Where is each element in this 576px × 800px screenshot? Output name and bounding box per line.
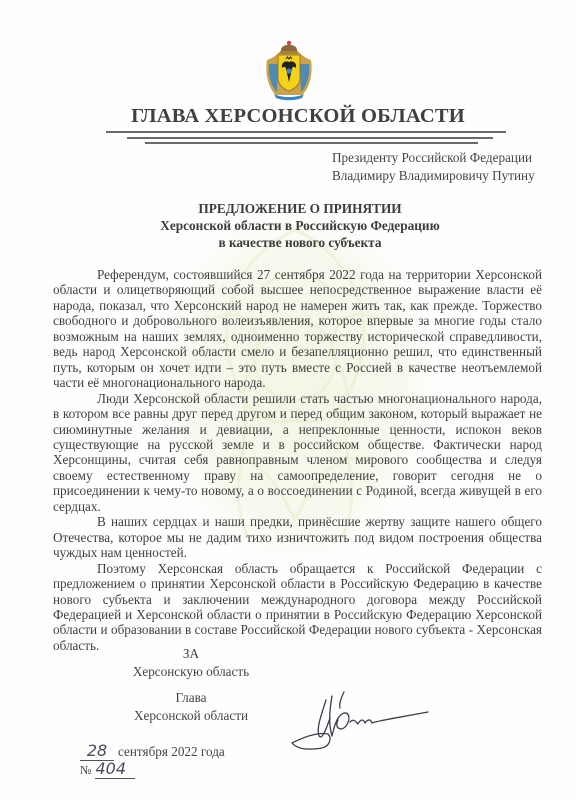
document-body: Референдум, состоявшийся 27 сентября 202… [53,267,542,653]
body-paragraph: В наших сердцах и наши предки, принёсшие… [53,514,542,560]
document-title-line-3: в качестве нового субъекта [0,234,576,251]
document-title: ПРЕДЛОЖЕНИЕ О ПРИНЯТИИ Херсонской област… [0,200,576,251]
header-rule-1 [106,131,506,133]
signatory-position: Глава Херсонской области [130,689,252,725]
handwritten-number: 404 [95,759,135,779]
org-title: ГЛАВА ХЕРСОНСКОЙ ОБЛАСТИ [0,105,576,128]
position-label-1: Глава [130,689,252,707]
document-page: ГЛАВА ХЕРСОНСКОЙ ОБЛАСТИ Президенту Росс… [0,0,576,800]
handwritten-day: 28 [80,741,114,761]
za-block: ЗА Херсонскую область [130,645,252,681]
addressee-block: Президенту Российской Федерации Владимир… [332,149,535,185]
header-rule-3 [145,142,478,144]
body-paragraph: Поэтому Херсонская область обращается к … [53,561,542,654]
body-paragraph: Референдум, состоявшийся 27 сентября 202… [53,267,542,391]
coat-of-arms-icon [264,38,314,102]
za-region-label: Херсонскую область [130,663,252,681]
date-line: 28сентября 2022 года [80,741,225,761]
number-label: № [80,763,91,777]
document-title-line-1: ПРЕДЛОЖЕНИЕ О ПРИНЯТИИ [0,200,576,217]
addressee-line-1: Президенту Российской Федерации [332,149,535,167]
document-number-line: №404 [80,759,135,779]
position-label-2: Херсонской области [130,707,252,725]
header-rule-2 [127,137,493,139]
body-paragraph: Люди Херсонской области решили стать час… [53,391,542,515]
addressee-line-2: Владимиру Владимировичу Путину [332,167,535,185]
date-month-year: сентября 2022 года [118,744,225,759]
za-label: ЗА [130,645,252,663]
handwritten-signature-icon [286,688,436,758]
document-title-line-2: Херсонской области в Российскую Федераци… [0,217,576,234]
